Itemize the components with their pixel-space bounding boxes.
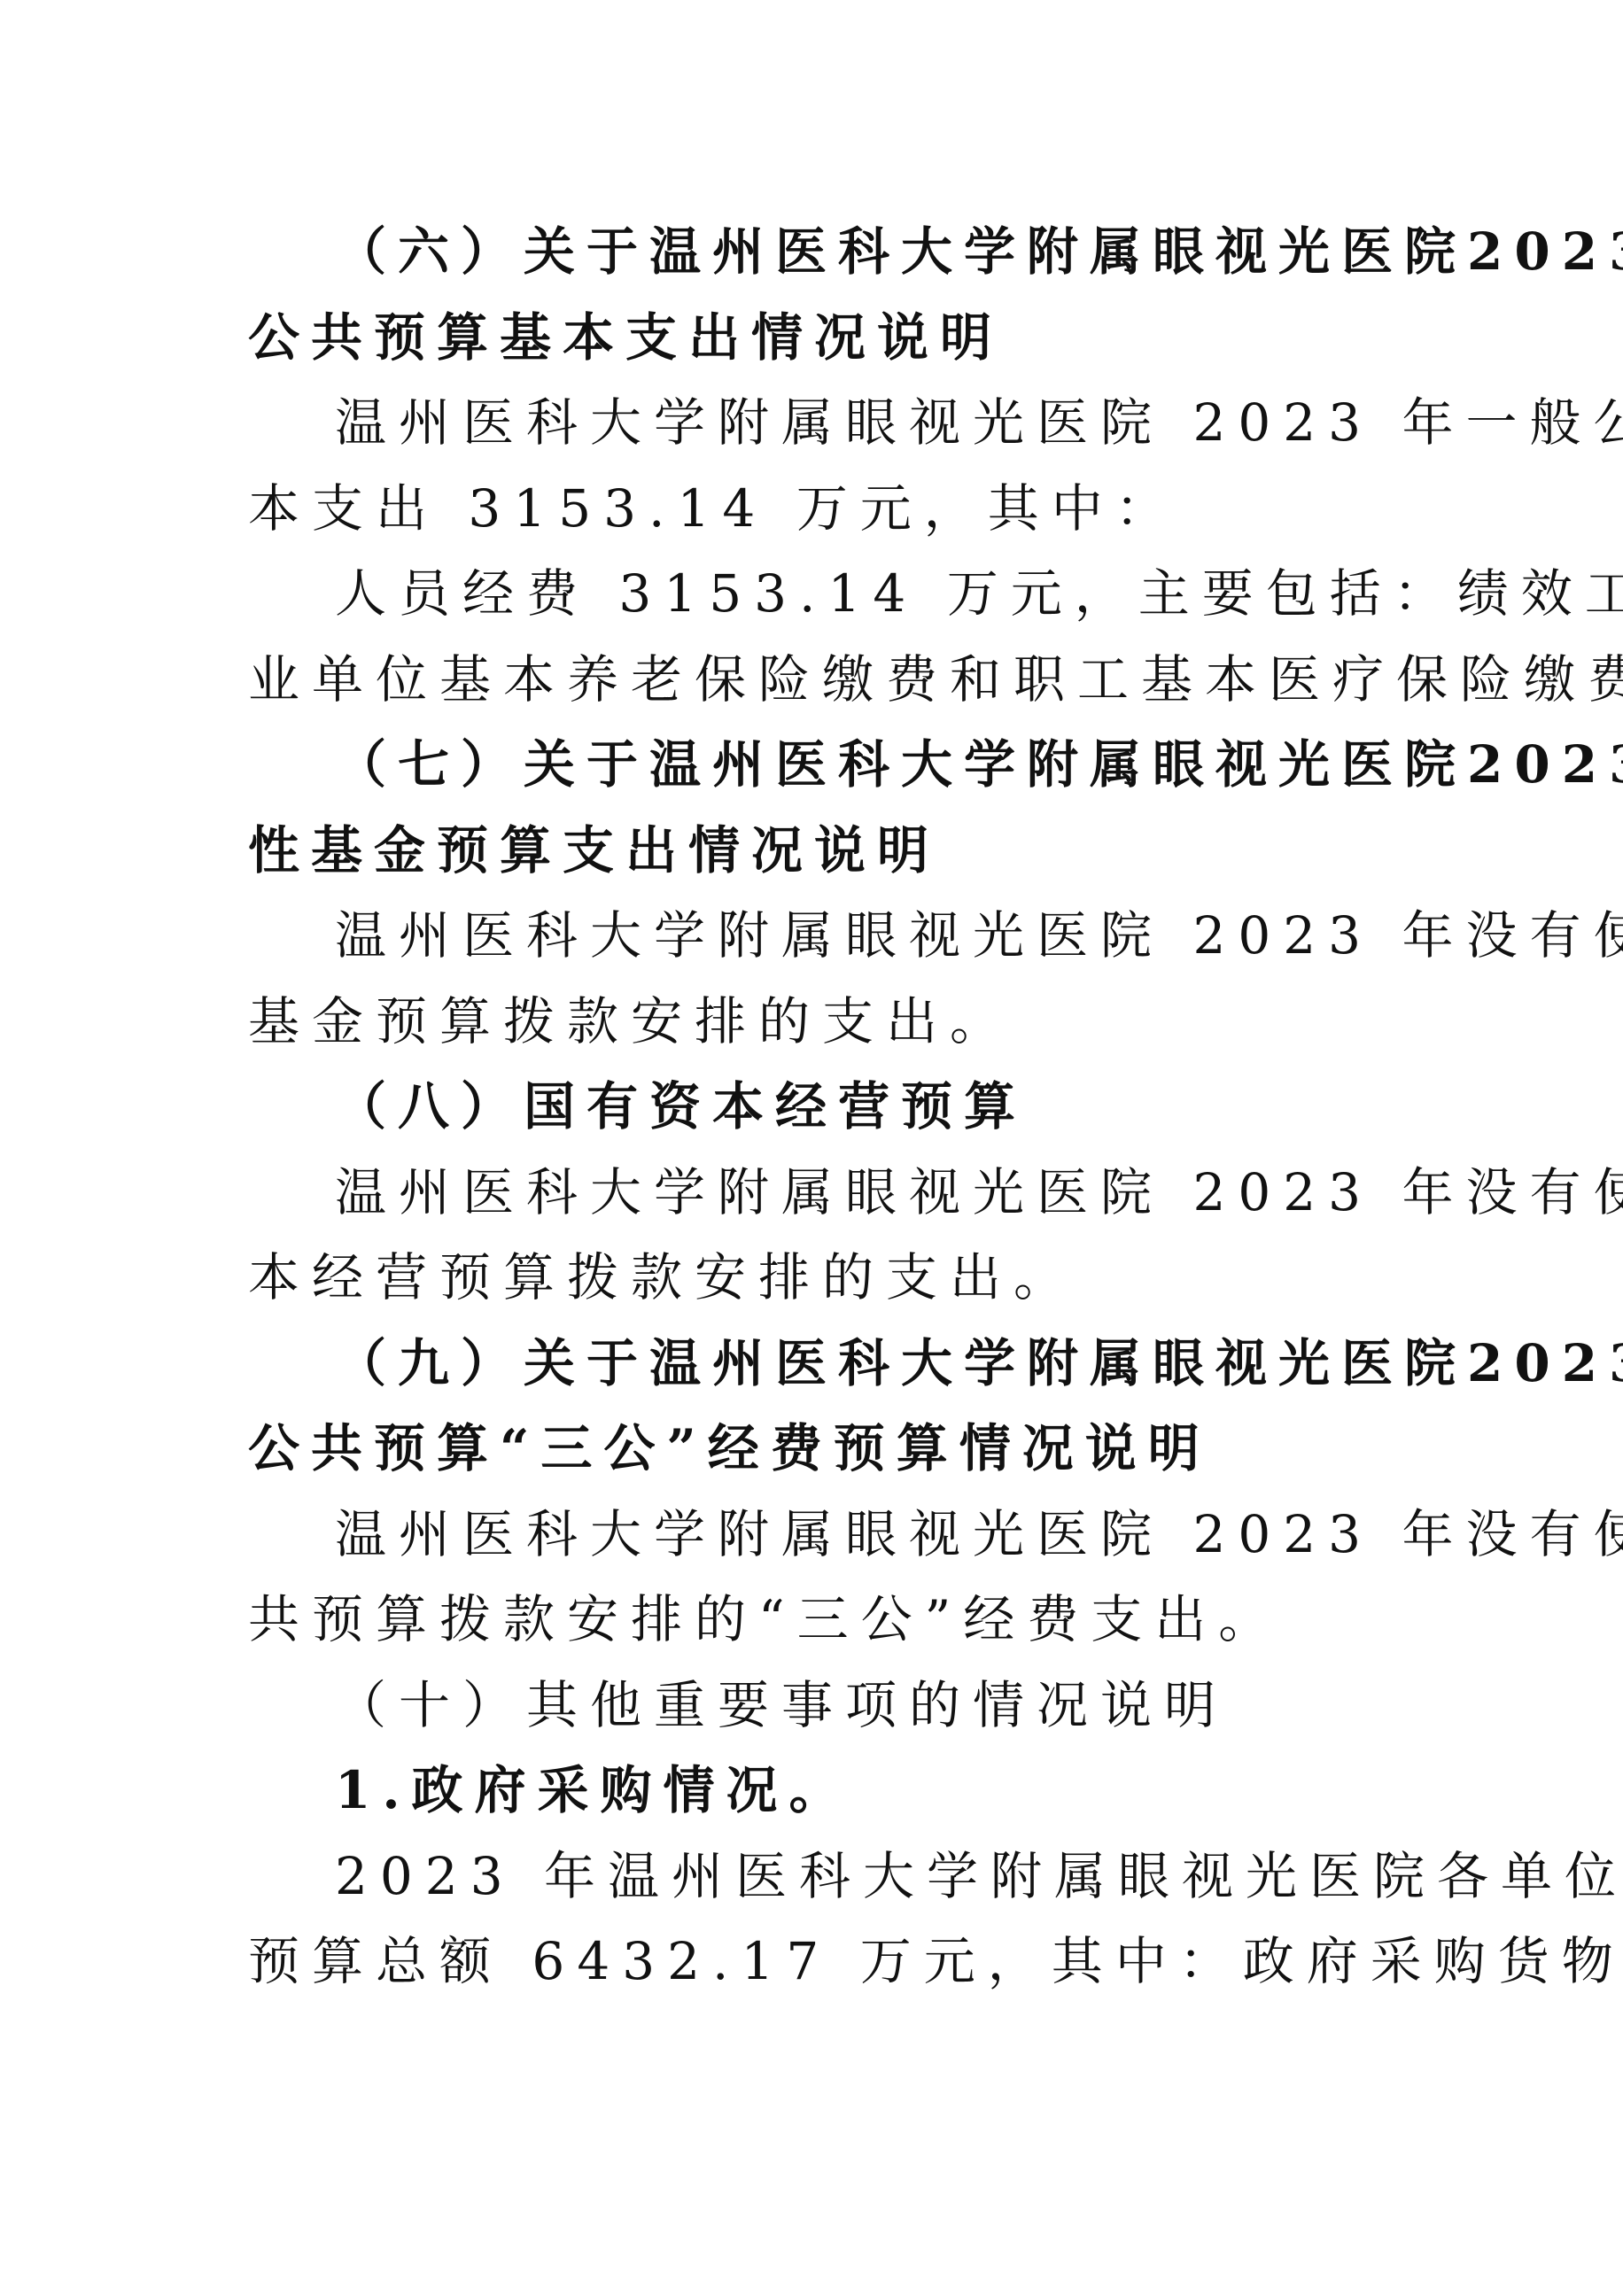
paragraph-line: 本支出 3153.14 万元，其中： — [248, 466, 1382, 552]
section-ten: （十）其他重要事项的情况说明 1.政府采购情况。 2023 年温州医科大学附属眼… — [248, 1663, 1382, 2005]
section-eight: （八）国有资本经营预算 温州医科大学附属眼视光医院 2023 年没有使用国有资 … — [248, 1064, 1382, 1321]
paragraph-line: 温州医科大学附属眼视光医院 2023 年没有使用国有资 — [248, 1150, 1382, 1236]
paragraph-line: 本经营预算拨款安排的支出。 — [248, 1235, 1382, 1321]
section-heading-continued: 公共预算基本支出情况说明 — [248, 295, 1382, 381]
section-heading-continued: 性基金预算支出情况说明 — [248, 808, 1382, 894]
paragraph-line: 预算总额 6432.17 万元，其中：政府采购货物预算 3551.10 — [248, 1919, 1382, 2005]
paragraph-line: 人员经费 3153.14 万元，主要包括：绩效工资、机关事 — [248, 551, 1382, 637]
section-heading: （七）关于温州医科大学附属眼视光医院2023年政府 — [248, 722, 1382, 808]
paragraph-line: 业单位基本养老保险缴费和职工基本医疗保险缴费。 — [248, 637, 1382, 723]
section-heading: （八）国有资本经营预算 — [248, 1064, 1382, 1150]
section-heading: （九）关于温州医科大学附属眼视光医院2023年一般 — [248, 1321, 1382, 1407]
section-six: （六）关于温州医科大学附属眼视光医院2023年一般 公共预算基本支出情况说明 温… — [248, 209, 1382, 722]
document-page: （六）关于温州医科大学附属眼视光医院2023年一般 公共预算基本支出情况说明 温… — [248, 209, 1382, 2005]
section-heading: （六）关于温州医科大学附属眼视光医院2023年一般 — [248, 209, 1382, 295]
section-heading: （十）其他重要事项的情况说明 — [248, 1663, 1382, 1749]
paragraph-line: 2023 年温州医科大学附属眼视光医院各单位政府采购 — [248, 1834, 1382, 1920]
paragraph-line: 基金预算拨款安排的支出。 — [248, 979, 1382, 1065]
subsection-heading: 1.政府采购情况。 — [248, 1748, 1382, 1834]
paragraph-line: 温州医科大学附属眼视光医院 2023 年一般公共预算基 — [248, 380, 1382, 466]
section-seven: （七）关于温州医科大学附属眼视光医院2023年政府 性基金预算支出情况说明 温州… — [248, 722, 1382, 1064]
paragraph-line: 共预算拨款安排的“三公”经费支出。 — [248, 1577, 1382, 1663]
paragraph-line: 温州医科大学附属眼视光医院 2023 年没有使用一般公 — [248, 1492, 1382, 1578]
paragraph-line: 温州医科大学附属眼视光医院 2023 年没有使用政府性 — [248, 893, 1382, 979]
section-nine: （九）关于温州医科大学附属眼视光医院2023年一般 公共预算“三公”经费预算情况… — [248, 1321, 1382, 1663]
section-heading-continued: 公共预算“三公”经费预算情况说明 — [248, 1406, 1382, 1492]
